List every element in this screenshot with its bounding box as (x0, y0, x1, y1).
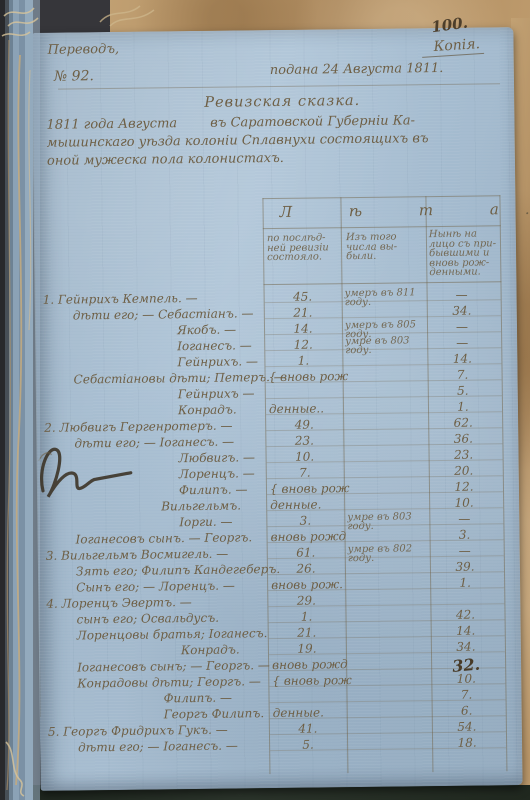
table-body: 1. Гейнрихъ Кемпель. —45.умеръ въ 811 го… (69, 287, 508, 756)
row-age-last: денные.. (265, 401, 347, 416)
row-note (347, 497, 431, 498)
row-age-now: 3. (429, 527, 499, 542)
row-name: Зять его; Филипъ Кандегеберъ. (46, 562, 280, 579)
page-number: 100. (430, 13, 469, 36)
row-name: 1. Гейнрихъ Кемпель. — (43, 291, 198, 307)
copy-label: Копія. (421, 36, 485, 58)
row-age-now: — (430, 543, 500, 558)
column-header-last-revision: по послѣд- ней ревизіи состояло. (267, 233, 341, 262)
column-header-present: Нынѣ на лицо съ при- бывшими и вновь рож… (429, 229, 502, 277)
row-age-now: 12. (429, 479, 499, 494)
row-name: Конрадовы дѣти; Георгъ. — (47, 674, 261, 691)
age-header: Л ѣ т а. (279, 200, 530, 221)
book-binding (0, 0, 46, 800)
row-age-now: 18. (432, 735, 502, 750)
row-age-last: денные. (269, 705, 351, 720)
row-name: Конрадъ. (47, 642, 240, 658)
intro-line: 1811 года Августа въ Саратовской Губерні… (46, 112, 502, 133)
row-name: 4. Лоренцъ Эвертъ. — (46, 595, 192, 611)
row-age-last: 10. (266, 449, 344, 464)
row-name: Іоганесовъ сынъ; — Георгъ. — (47, 658, 270, 675)
row-age-last: 61. (267, 545, 345, 560)
row-age-last (268, 689, 346, 690)
intro-line: оной мужеска пола колонистахъ. (47, 148, 503, 169)
row-name: Георгъ Филипъ. (48, 706, 265, 723)
row-age-last: 29. (267, 593, 345, 608)
row-note (349, 689, 433, 690)
row-age-now: 14. (427, 351, 497, 366)
row-age-now: 5. (428, 383, 498, 398)
doc-number: № 92. (54, 68, 94, 84)
row-age-now: — (427, 335, 497, 350)
row-age-now: 7. (431, 687, 501, 702)
row-age-last: вновь рожд (268, 657, 350, 672)
row-name: дѣти его; — Себастіанъ. — (43, 306, 254, 323)
row-note (347, 481, 431, 482)
row-age-last: 1. (264, 353, 342, 368)
row-note (347, 449, 431, 450)
row-age-now: 34. (427, 303, 497, 318)
row-name: Гейнрихъ — (44, 386, 255, 403)
row-age-now: 6. (432, 703, 502, 718)
row-age-now: 1. (428, 399, 498, 414)
row-note (346, 385, 430, 386)
row-age-now: — (429, 511, 499, 526)
row-name: 2. Любвигъ Гергенротеръ. — (44, 419, 232, 435)
row-note (348, 577, 432, 578)
row-note (348, 561, 432, 562)
row-note (350, 721, 434, 722)
row-name: Іорги. — (45, 515, 232, 531)
row-note (345, 305, 429, 306)
row-note (346, 417, 430, 418)
row-note (346, 433, 430, 434)
row-age-now: 10. (431, 671, 501, 686)
document-title: Ревизская сказка. (172, 93, 392, 112)
row-note (348, 593, 432, 594)
row-age-now: 14. (431, 623, 501, 638)
row-age-last: 19. (268, 641, 346, 656)
row-age-last: вновь рож. (267, 577, 349, 592)
row-age-last: 23. (265, 433, 343, 448)
row-age-last: { вновь рож (268, 673, 350, 688)
row-age-now: 54. (432, 719, 502, 734)
row-age-last: 26. (267, 561, 345, 576)
row-age-last: 14. (264, 321, 342, 336)
row-age-last: 5. (269, 737, 347, 752)
row-age-last: денные. (266, 497, 348, 512)
row-age-last: { вновь рож (266, 481, 348, 496)
row-age-last: 3. (266, 513, 344, 528)
row-age-last: 49. (265, 417, 343, 432)
row-name: сынъ его; Освальдусъ. (46, 611, 219, 627)
row-age-now (430, 591, 500, 592)
row-age-last: 41. (269, 721, 347, 736)
row-name: Гейнрихъ. — (43, 354, 258, 371)
row-name: 5. Георгъ Фридрихъ Гукъ. — (48, 723, 228, 739)
row-age-now: 39. (430, 559, 500, 574)
row-note (349, 657, 433, 658)
row-name: Іоганесъ. — (43, 338, 252, 355)
row-name: Конрадъ. (44, 402, 237, 418)
row-age-last: { вновь рож (265, 369, 347, 384)
row-age-last: 21. (264, 305, 342, 320)
margin-ink-flourish-icon (28, 437, 161, 515)
row-age-last: 1. (267, 609, 345, 624)
row-age-last (265, 385, 343, 386)
row-note (349, 641, 433, 642)
row-note (348, 609, 432, 610)
row-age-now: 62. (428, 415, 498, 430)
row-name: Филипъ. — (47, 691, 232, 707)
row-name: Себастіановы дѣти; Петеръ. — (44, 370, 286, 387)
row-age-last: 45. (264, 289, 342, 304)
row-note (350, 705, 434, 706)
row-age-last: 12. (264, 337, 342, 352)
row-name: Іоганесовъ сынъ. — Георгъ. (45, 530, 252, 547)
row-age-last: вновь рожд (266, 529, 348, 544)
row-name: Якобъ. — (43, 322, 236, 338)
row-note (347, 465, 431, 466)
row-age-now: 23. (428, 447, 498, 462)
row-name: дѣти его; — Іоганесъ. — (48, 739, 238, 755)
row-age-now: — (427, 287, 497, 302)
doc-type-label: Переводъ, (48, 42, 120, 58)
row-age-now: 20. (429, 463, 499, 478)
row-age-last: 21. (268, 625, 346, 640)
row-name: Сынъ его; — Лоренцъ. — (46, 579, 235, 595)
row-note (349, 673, 433, 674)
header-rule (58, 83, 500, 89)
column-header-departed: Изъ того числа вы- были. (346, 232, 426, 261)
row-age-now: 36. (428, 431, 498, 446)
row-age-now: 10. (429, 495, 499, 510)
row-age-now: 7. (428, 367, 498, 382)
row-note (347, 529, 431, 530)
row-note (346, 369, 430, 370)
row-note (345, 353, 429, 354)
row-name: 3. Вильгельмъ Восмигель. — (46, 547, 229, 563)
submitted-date: подана 24 Августа 1811. (270, 61, 444, 78)
table-grid-line (263, 281, 501, 285)
row-name: Лоренцовы братья; Іоганесъ. (47, 626, 268, 643)
row-note (349, 625, 433, 626)
row-age-now: — (427, 319, 497, 334)
row-age-now: 1. (430, 575, 500, 590)
document-page: Переводъ, № 92. 100. Копія. подана 24 Ав… (31, 27, 522, 791)
row-note (350, 737, 434, 738)
intro-line: мышинскаго уѣзда колоніи Сплавнухи состо… (47, 130, 503, 151)
row-age-last: 7. (266, 465, 344, 480)
row-age-now: 34. (431, 639, 501, 654)
table-grid-line (262, 195, 500, 199)
row-age-now: 42. (430, 607, 500, 622)
row-note (346, 401, 430, 402)
